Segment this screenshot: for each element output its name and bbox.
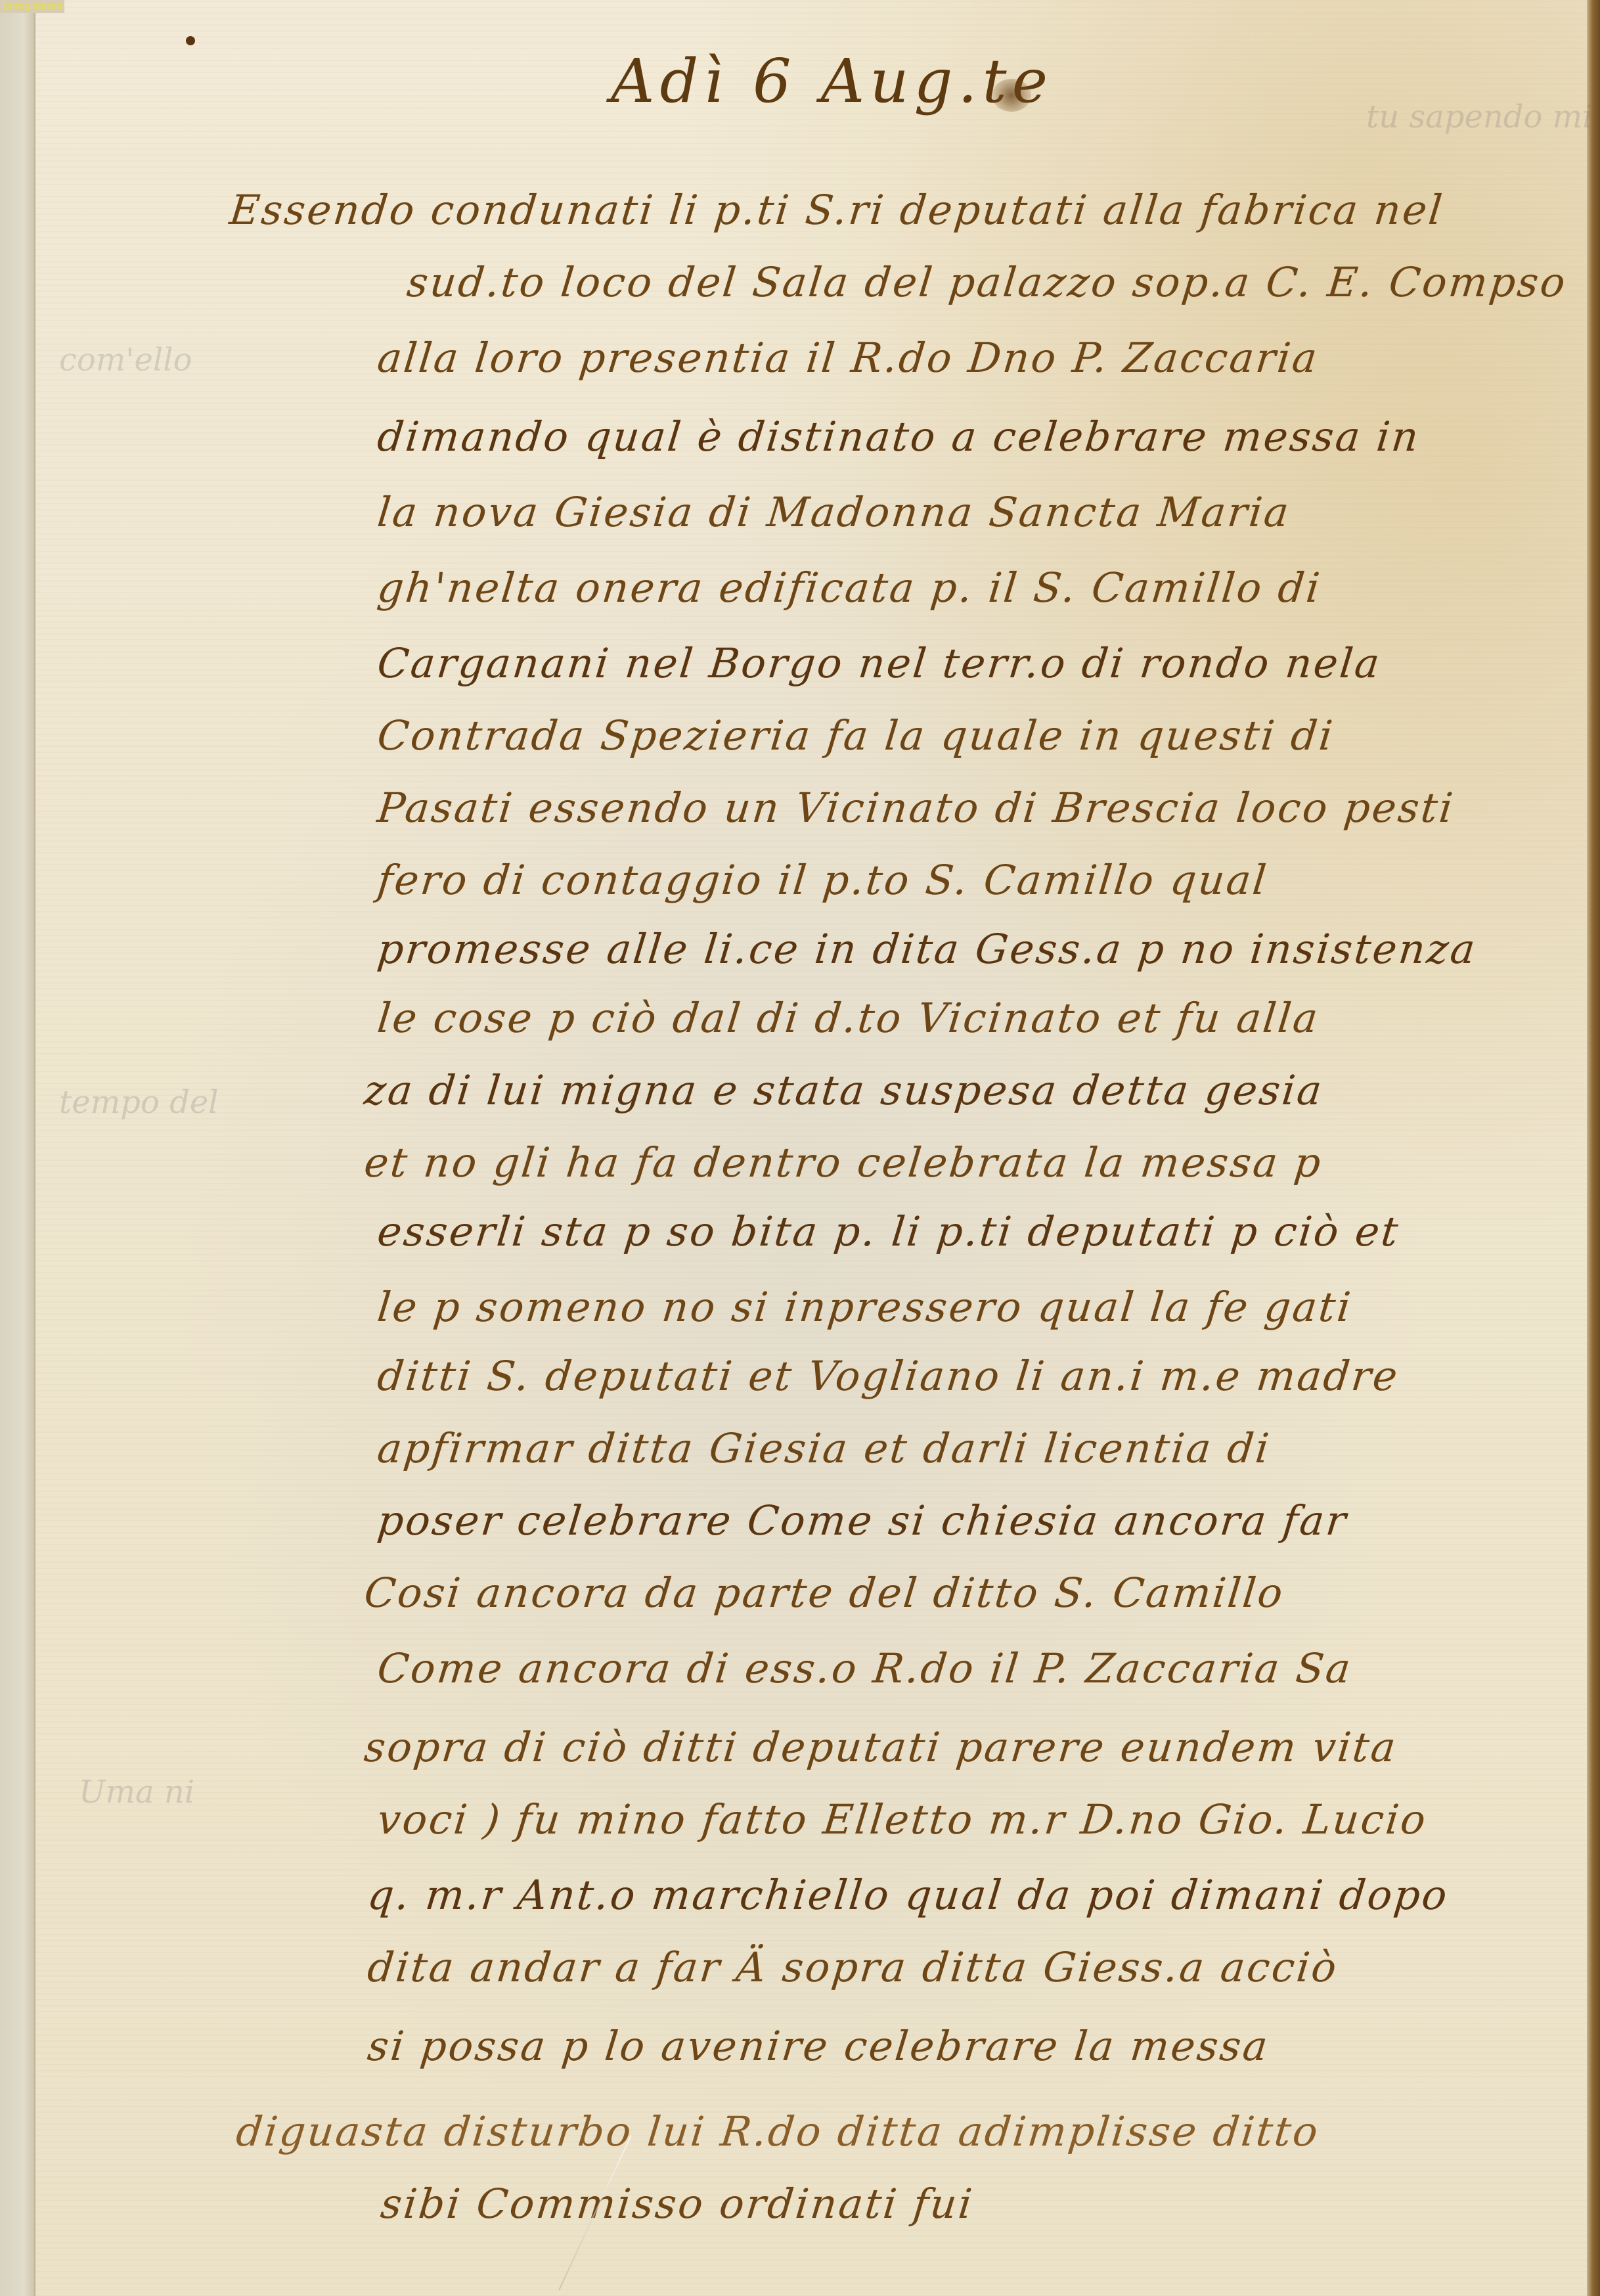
manuscript-line: Cosi ancora da parte del ditto S. Camill… bbox=[362, 1570, 1287, 1616]
manuscript-line: Contrada Spezieria fa la quale in questi… bbox=[375, 713, 1337, 759]
unregistered-watermark: Unregistered bbox=[0, 0, 64, 13]
ink-spot bbox=[186, 36, 195, 45]
manuscript-line: dimando qual è distinato a celebrare mes… bbox=[375, 414, 1422, 460]
manuscript-line: sibi Commisso ordinati fui bbox=[378, 2181, 976, 2227]
bleed-through-text: tu sapendo mi bbox=[1366, 99, 1593, 135]
manuscript-line: alla loro presentia il R.do Dno P. Zacca… bbox=[375, 335, 1321, 381]
manuscript-line: Carganani nel Borgo nel terr.o di rondo … bbox=[375, 641, 1383, 687]
manuscript-line: le p someno no si inpressero qual la fe … bbox=[375, 1284, 1354, 1330]
manuscript-line: dita andar a far Ä sopra ditta Giess.a a… bbox=[365, 1945, 1341, 1991]
document-date-heading: Adì 6 Aug.te bbox=[611, 46, 1053, 116]
bleed-through-text: tempo del bbox=[59, 1084, 219, 1121]
manuscript-line: apfirmar ditta Giesia et darli licentia … bbox=[375, 1426, 1273, 1472]
manuscript-line: voci ) fu mino fatto Elletto m.r D.no Gi… bbox=[375, 1797, 1429, 1843]
manuscript-line: si possa p lo avenire celebrare la messa bbox=[365, 2023, 1272, 2069]
manuscript-line: Come ancora di ess.o R.do il P. Zaccaria… bbox=[375, 1646, 1354, 1692]
manuscript-line: fero di contaggio il p.to S. Camillo qua… bbox=[375, 857, 1270, 903]
bleed-through-text: Uma ni bbox=[79, 1774, 194, 1811]
manuscript-line: poser celebrare Come si chiesia ancora f… bbox=[375, 1498, 1350, 1544]
manuscript-line: za di lui migna e stata suspesa detta ge… bbox=[362, 1068, 1325, 1114]
manuscript-line: diguasta disturbo lui R.do ditta adimpli… bbox=[234, 2109, 1322, 2155]
bleed-through-text: com'ello bbox=[59, 342, 192, 378]
manuscript-line: q. m.r Ant.o marchiello qual da poi dima… bbox=[365, 1872, 1451, 1918]
manuscript-line: le cose p ciò dal di d.to Vicinato et fu… bbox=[375, 995, 1322, 1041]
manuscript-line: Essendo condunati li p.ti S.ri deputati … bbox=[227, 187, 1446, 233]
manuscript-page: Unregistered tu sapendo mi com'ello temp… bbox=[0, 0, 1600, 2296]
manuscript-line: sud.to loco del Sala del palazzo sop.a C… bbox=[405, 259, 1569, 305]
ink-blot bbox=[992, 79, 1031, 112]
manuscript-line: promesse alle li.ce in dita Gess.a p no … bbox=[375, 926, 1479, 972]
manuscript-line: ditti S. deputati et Vogliano li an.i m.… bbox=[375, 1353, 1401, 1399]
left-gutter-strip bbox=[0, 0, 35, 2296]
right-binding-edge bbox=[1587, 0, 1600, 2296]
manuscript-line: sopra di ciò ditti deputati parere eunde… bbox=[362, 1724, 1400, 1770]
manuscript-line: esserli sta p so bita p. li p.ti deputat… bbox=[375, 1209, 1402, 1255]
manuscript-line: la nova Giesia di Madonna Sancta Maria bbox=[375, 489, 1293, 535]
manuscript-line: gh'nelta onera edificata p. il S. Camill… bbox=[375, 565, 1323, 611]
manuscript-line: Pasati essendo un Vicinato di Brescia lo… bbox=[375, 785, 1457, 831]
manuscript-line: et no gli ha fa dentro celebrata la mess… bbox=[362, 1140, 1325, 1186]
